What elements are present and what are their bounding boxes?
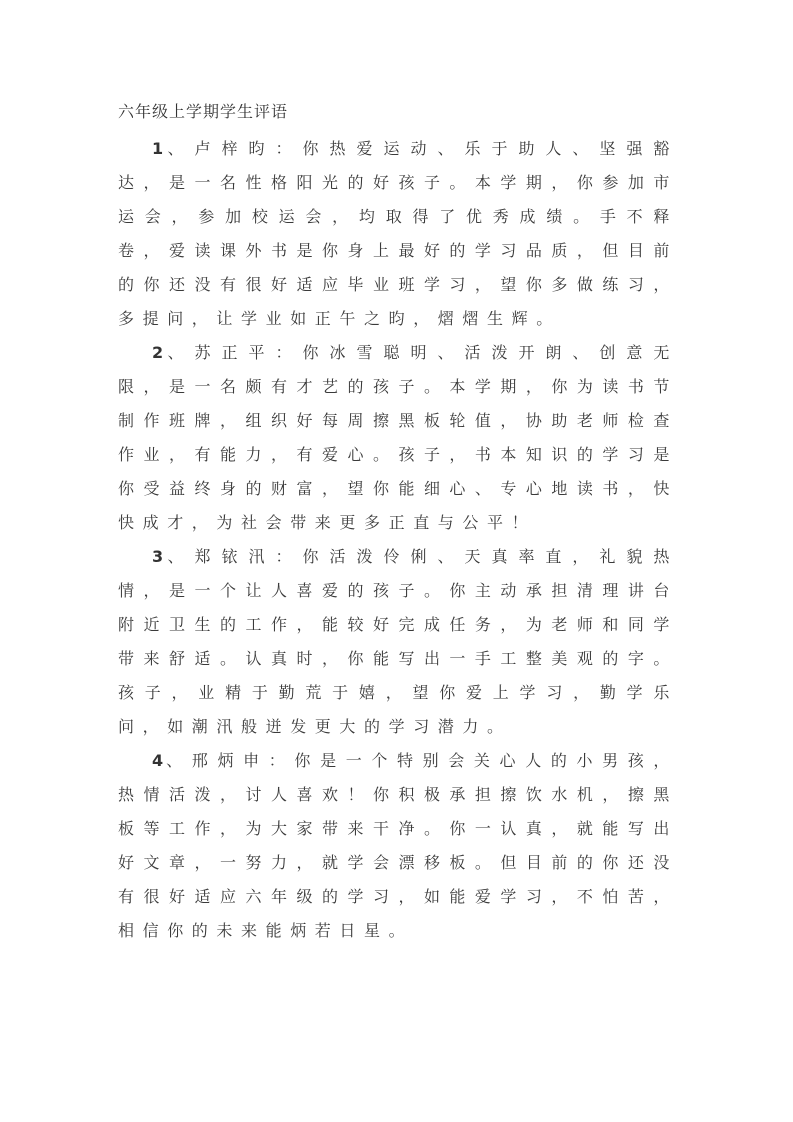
comment-colon: ： xyxy=(269,751,295,770)
comment-paragraph-1: 1、卢梓昀：你热爱运动、乐于助人、坚强豁达，是一名性格阳光的好孩子。本学期，你参… xyxy=(118,132,678,336)
comment-paragraph-4: 4、邢炳申：你是一个特别会关心人的小男孩，热情活泼，讨人喜欢！你积极承担擦饮水机… xyxy=(118,744,678,948)
comment-colon: ： xyxy=(276,343,303,362)
comment-colon: ： xyxy=(276,139,303,158)
comment-text: 你热爱运动、乐于助人、坚强豁达，是一名性格阳光的好孩子。本学期，你参加市运会，参… xyxy=(118,139,678,328)
comment-text: 你活泼伶俐、天真率直，礼貌热情，是一个让人喜爱的孩子。你主动承担清理讲台附近卫生… xyxy=(118,547,678,736)
document-page: 六年级上学期学生评语 1、卢梓昀：你热爱运动、乐于助人、坚强豁达，是一名性格阳光… xyxy=(118,98,678,948)
comment-number: 4 xyxy=(152,751,165,770)
student-name: 郑铱汛 xyxy=(195,547,276,566)
comment-text: 你冰雪聪明、活泼开朗、创意无限，是一名颇有才艺的孩子。本学期，你为读书节制作班牌… xyxy=(118,343,678,532)
comment-separator: 、 xyxy=(165,547,194,566)
student-name: 邢炳申 xyxy=(192,751,269,770)
comment-separator: 、 xyxy=(165,139,194,158)
student-name: 苏正平 xyxy=(195,343,276,362)
comment-colon: ： xyxy=(276,547,303,566)
comment-number: 1 xyxy=(152,139,165,158)
document-title: 六年级上学期学生评语 xyxy=(118,98,678,126)
comment-paragraph-3: 3、郑铱汛：你活泼伶俐、天真率直，礼貌热情，是一个让人喜爱的孩子。你主动承担清理… xyxy=(118,540,678,744)
student-name: 卢梓昀 xyxy=(195,139,276,158)
comment-text: 你是一个特别会关心人的小男孩，热情活泼，讨人喜欢！你积极承担擦饮水机，擦黑板等工… xyxy=(118,751,678,940)
comment-separator: 、 xyxy=(165,751,192,770)
comment-paragraph-2: 2、苏正平：你冰雪聪明、活泼开朗、创意无限，是一名颇有才艺的孩子。本学期，你为读… xyxy=(118,336,678,540)
comment-separator: 、 xyxy=(165,343,194,362)
comment-number: 3 xyxy=(152,547,165,566)
comment-number: 2 xyxy=(152,343,165,362)
